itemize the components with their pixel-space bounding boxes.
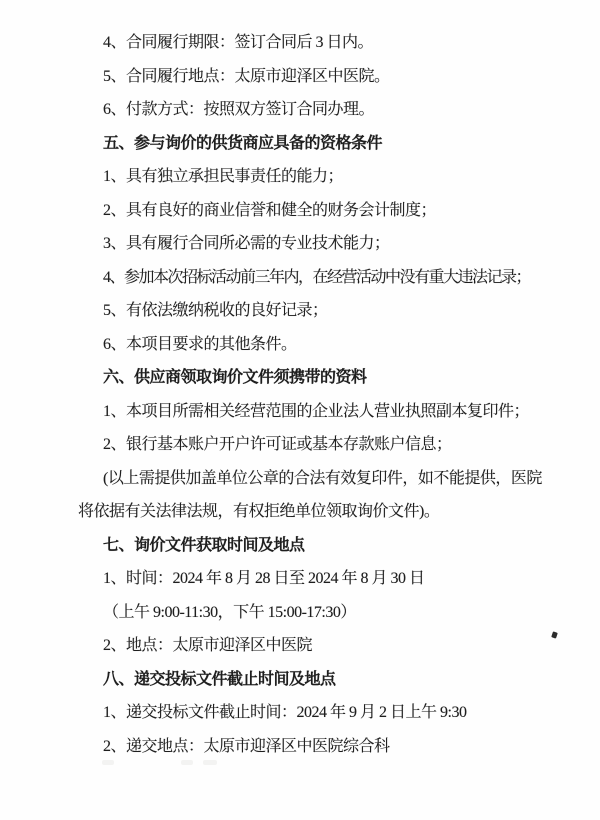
paragraph: 4、合同履行期限：签订合同后 3 日内。 xyxy=(78,26,574,60)
paragraph: 2、具有良好的商业信誉和健全的财务会计制度； xyxy=(78,194,574,228)
paragraph: （上午 9:00-11:30，下午 15:00-17:30） xyxy=(78,596,574,630)
paragraph: 1、时间：2024 年 8 月 28 日至 2024 年 8 月 30 日 xyxy=(78,562,574,596)
paragraph: 将依据有关法律法规，有权拒绝单位领取询价文件)。 xyxy=(78,495,574,529)
scan-smudge xyxy=(102,760,114,765)
paragraph: 5、有依法缴纳税收的良好记录； xyxy=(78,294,574,328)
paragraph: 1、具有独立承担民事责任的能力； xyxy=(78,160,574,194)
section-heading: 七、询价文件获取时间及地点 xyxy=(78,529,574,563)
paragraph: 3、具有履行合同所必需的专业技术能力； xyxy=(78,227,574,261)
paragraph: (以上需提供加盖单位公章的合法有效复印件，如不能提供，医院 xyxy=(78,462,574,496)
paragraph: 1、本项目所需相关经营范围的企业法人营业执照副本复印件； xyxy=(78,395,574,429)
document-page: 4、合同履行期限：签订合同后 3 日内。5、合同履行地点：太原市迎泽区中医院。6… xyxy=(0,0,600,820)
scan-smudge xyxy=(203,760,217,765)
scan-smudge xyxy=(181,760,193,765)
section-heading: 六、供应商领取询价文件须携带的资料 xyxy=(78,361,574,395)
paragraph: 6、付款方式：按照双方签订合同办理。 xyxy=(78,93,574,127)
paragraph: 5、合同履行地点：太原市迎泽区中医院。 xyxy=(78,60,574,94)
paragraph: 2、递交地点：太原市迎泽区中医院综合科 xyxy=(78,730,574,764)
paragraph: 4、参加本次招标活动前三年内，在经营活动中没有重大违法记录； xyxy=(78,261,574,295)
paragraph: 2、银行基本账户开户许可证或基本存款账户信息； xyxy=(78,428,574,462)
document-body: 4、合同履行期限：签订合同后 3 日内。5、合同履行地点：太原市迎泽区中医院。6… xyxy=(0,0,600,763)
paragraph: 1、递交投标文件截止时间：2024 年 9 月 2 日上午 9:30 xyxy=(78,696,574,730)
section-heading: 五、参与询价的供货商应具备的资格条件 xyxy=(78,127,574,161)
paragraph: 2、地点：太原市迎泽区中医院 xyxy=(78,629,574,663)
paragraph: 6、本项目要求的其他条件。 xyxy=(78,328,574,362)
section-heading: 八、递交投标文件截止时间及地点 xyxy=(78,663,574,697)
